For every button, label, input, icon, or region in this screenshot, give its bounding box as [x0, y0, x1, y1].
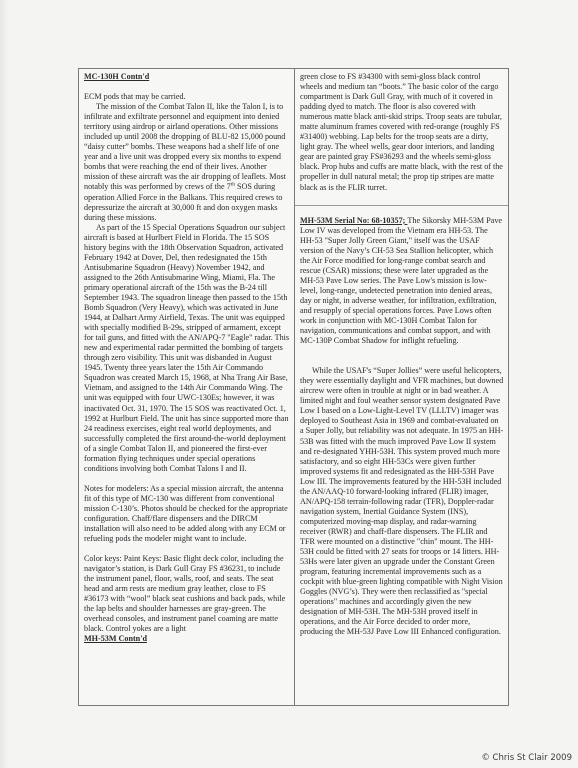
paragraph: The mission of the Combat Talon II, like… [84, 102, 290, 223]
article-frame: MC-130H Contn'd ECM pods that may be car… [78, 68, 509, 706]
copyright-notice: © Chris St Clair 2009 [481, 753, 572, 763]
color-keys: Color keys: Paint Keys: Basic flight dec… [84, 554, 290, 634]
paragraph: green close to FS #34300 with semi-gloss… [300, 72, 504, 193]
paragraph: As part of the 15 Special Operations Squ… [84, 223, 290, 474]
right-column: green close to FS #34300 with semi-gloss… [295, 69, 508, 705]
paragraph: MH-53M Serial No: 68-10357; The Sikorsky… [300, 216, 504, 347]
notes-for-modelers: Notes for modelers: As a special mission… [84, 484, 290, 544]
paragraph: ECM pods that may be carried. [84, 92, 290, 102]
section-heading-mc130h: MC-130H Contn'd [84, 72, 149, 81]
left-column: MC-130H Contn'd ECM pods that may be car… [79, 69, 295, 705]
page-edge-shadow [0, 0, 8, 768]
continued-heading-mh53m: MH-53M Contn'd [84, 634, 147, 643]
section-heading-mh53m-serial: MH-53M Serial No: 68-10357; [300, 216, 407, 225]
paragraph: While the USAF's “Super Jollies” were us… [300, 366, 504, 637]
